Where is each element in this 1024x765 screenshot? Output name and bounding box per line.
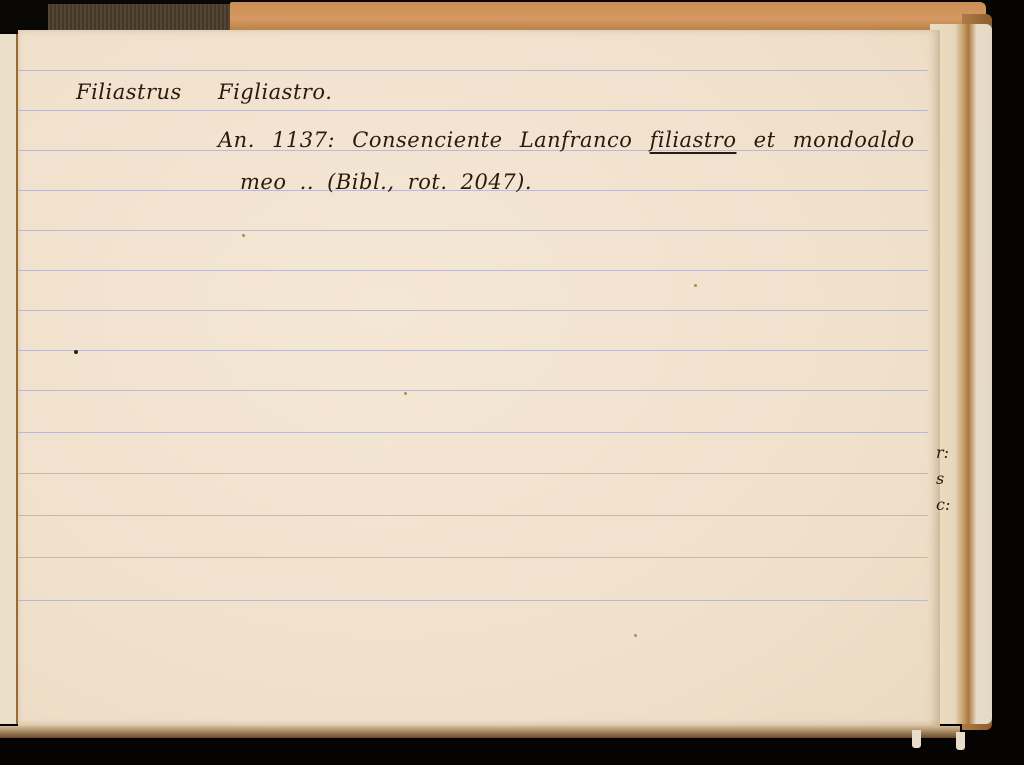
ruled-line [18, 70, 928, 71]
ruled-line [18, 110, 928, 111]
paper-foxing [242, 234, 245, 237]
citation-line-1: An. 1137: Consenciente Lanfranco filiast… [218, 128, 915, 152]
citation-text-continued: et mondoaldo [754, 128, 915, 152]
entry-headword: Filiastrus [76, 80, 182, 104]
paper-foxing [634, 634, 637, 637]
underlined-term: filiastro [650, 128, 737, 152]
ruled-line [18, 230, 928, 231]
paper-foxing [404, 392, 407, 395]
margin-fragment: c: [936, 492, 954, 518]
ruled-line [18, 310, 928, 311]
margin-fragment: s [936, 466, 954, 492]
paper-foxing [694, 284, 697, 287]
ruled-line [18, 473, 928, 474]
ink-speck [74, 350, 78, 354]
margin-fragment: r: [936, 440, 954, 466]
ruled-line [18, 557, 928, 558]
citation-line-2: meo .. (Bibl., rot. 2047). [240, 170, 532, 194]
citation-text: Consenciente Lanfranco [352, 128, 632, 152]
ruled-line [18, 270, 928, 271]
ruled-line [18, 390, 928, 391]
ruled-line [18, 515, 928, 516]
cloth-spine-strip [48, 4, 230, 30]
cover-board-top [230, 2, 986, 30]
citation-year: An. 1137: [218, 128, 335, 152]
ruled-line [18, 350, 928, 351]
page-bottom-edge [0, 726, 960, 738]
ruled-line [18, 432, 928, 433]
entry-translation: Figliastro. [218, 80, 332, 104]
torn-paper-scraps [912, 730, 972, 754]
margin-fragments: r: s c: [936, 440, 954, 530]
facing-page-edge [0, 34, 18, 724]
ruled-line [18, 600, 928, 601]
